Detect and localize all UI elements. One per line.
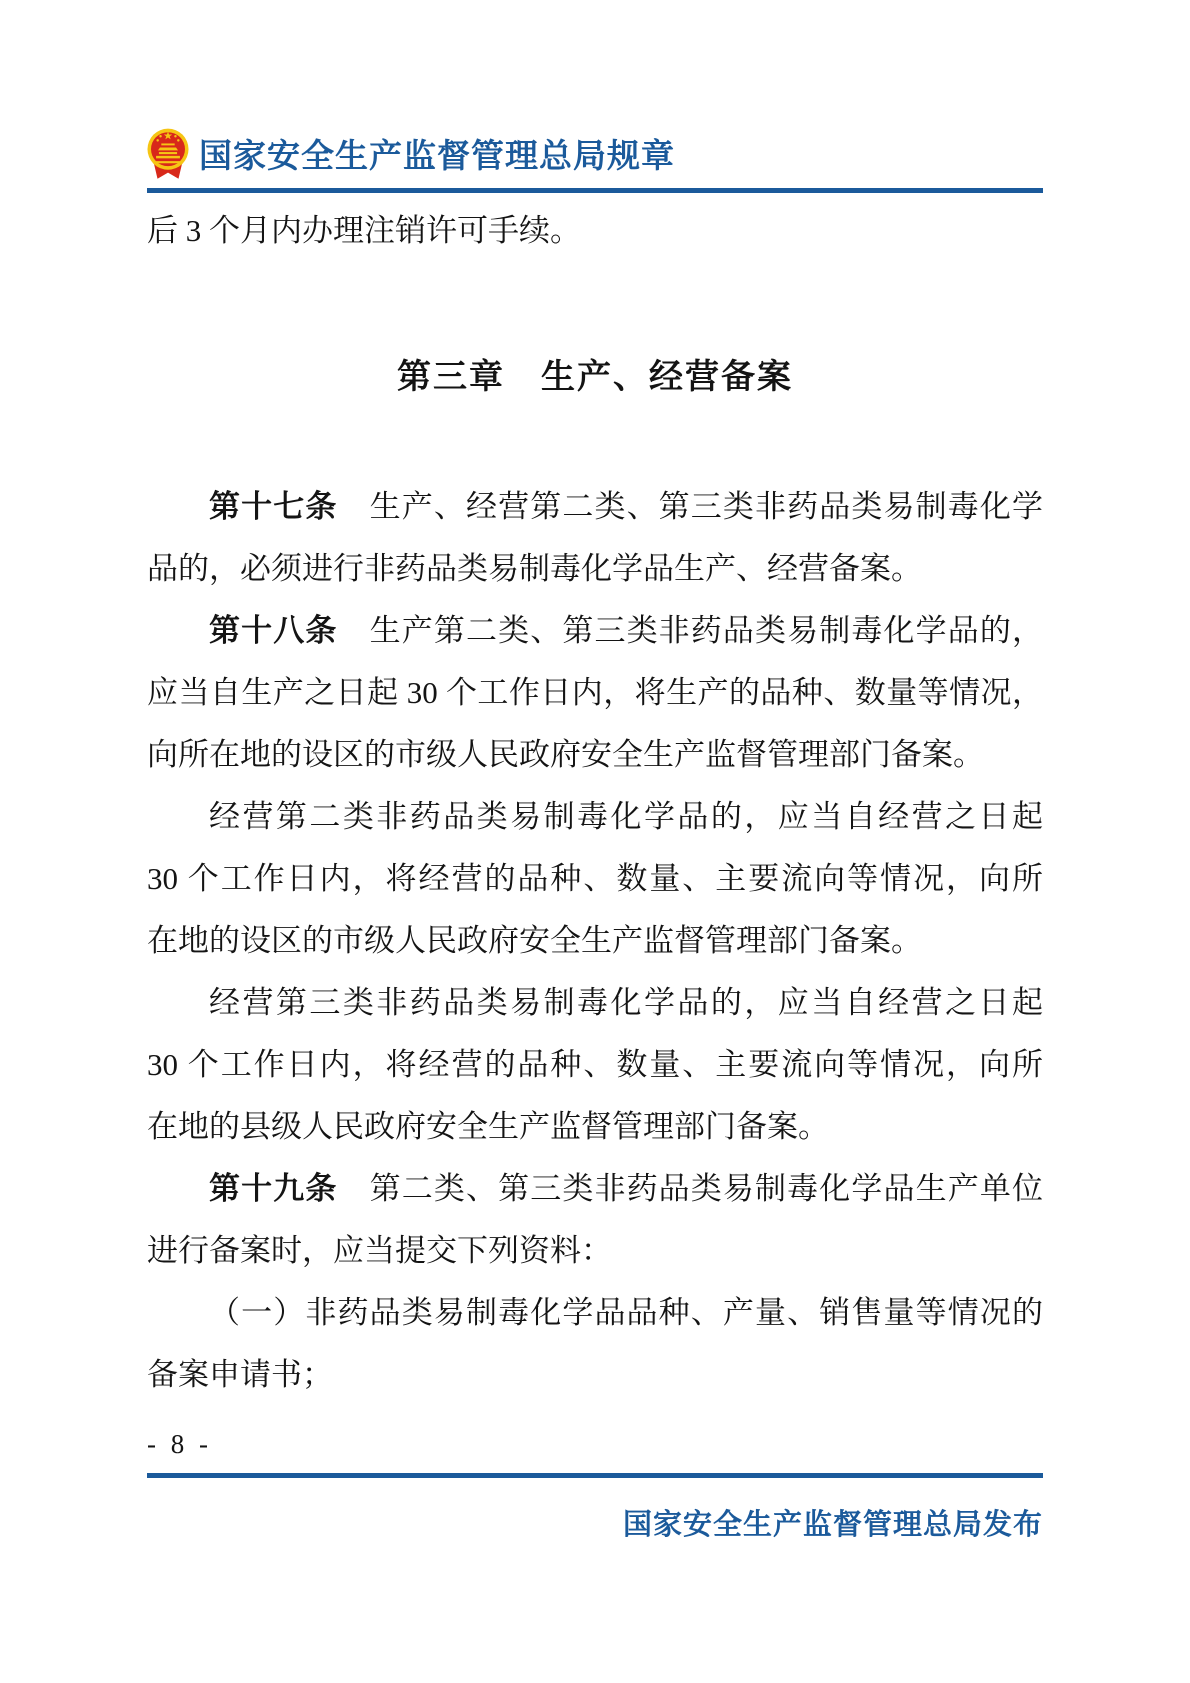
body-line: 第十九条 第二类、第三类非药品类易制毒化学品生产单位 xyxy=(147,1158,1043,1220)
article-number: 第十八条 xyxy=(209,613,337,648)
chapter-heading: 第三章 生产、经营备案 xyxy=(147,346,1043,408)
body-line: （一）非药品类易制毒化学品品种、产量、销售量等情况的 xyxy=(147,1282,1043,1344)
body-line: 第十八条 生产第二类、第三类非药品类易制毒化学品的， xyxy=(147,600,1043,662)
page-number: - 8 - xyxy=(147,1424,1043,1464)
footer-divider xyxy=(147,1473,1043,1478)
body-line: 经营第三类非药品类易制毒化学品的，应当自经营之日起 xyxy=(147,972,1043,1034)
body-line-intro: 后 3 个月内办理注销许可手续。 xyxy=(147,200,1043,262)
national-emblem-icon xyxy=(147,126,189,180)
page-header: 国家安全生产监督管理总局规章 xyxy=(147,0,1043,193)
document-page: 国家安全生产监督管理总局规章 后 3 个月内办理注销许可手续。 第三章 生产、经… xyxy=(0,0,1190,1683)
article-number: 第十七条 xyxy=(209,489,337,524)
body-line: 30 个工作日内，将经营的品种、数量、主要流向等情况，向所 xyxy=(147,848,1043,910)
body-line: 第十七条 生产、经营第二类、第三类非药品类易制毒化学 xyxy=(147,476,1043,538)
document-body: 后 3 个月内办理注销许可手续。 第三章 生产、经营备案 第十七条 生产、经营第… xyxy=(147,200,1043,1406)
body-line: 30 个工作日内，将经营的品种、数量、主要流向等情况，向所 xyxy=(147,1034,1043,1096)
body-line: 在地的县级人民政府安全生产监督管理部门备案。 xyxy=(147,1096,1043,1158)
body-line: 在地的设区的市级人民政府安全生产监督管理部门备案。 xyxy=(147,910,1043,972)
body-line: 向所在地的设区的市级人民政府安全生产监督管理部门备案。 xyxy=(147,724,1043,786)
body-line: 经营第二类非药品类易制毒化学品的，应当自经营之日起 xyxy=(147,786,1043,848)
header-agency-title: 国家安全生产监督管理总局规章 xyxy=(199,130,675,177)
publisher-label: 国家安全生产监督管理总局发布 xyxy=(147,1502,1043,1548)
body-line: 进行备案时，应当提交下列资料： xyxy=(147,1220,1043,1282)
body-line: 品的，必须进行非药品类易制毒化学品生产、经营备案。 xyxy=(147,538,1043,600)
article-number: 第十九条 xyxy=(209,1171,337,1206)
body-line: 应当自生产之日起 30 个工作日内，将生产的品种、数量等情况， xyxy=(147,662,1043,724)
body-line: 备案申请书； xyxy=(147,1344,1043,1406)
body-lines: 第十七条 生产、经营第二类、第三类非药品类易制毒化学品的，必须进行非药品类易制毒… xyxy=(147,476,1043,1406)
